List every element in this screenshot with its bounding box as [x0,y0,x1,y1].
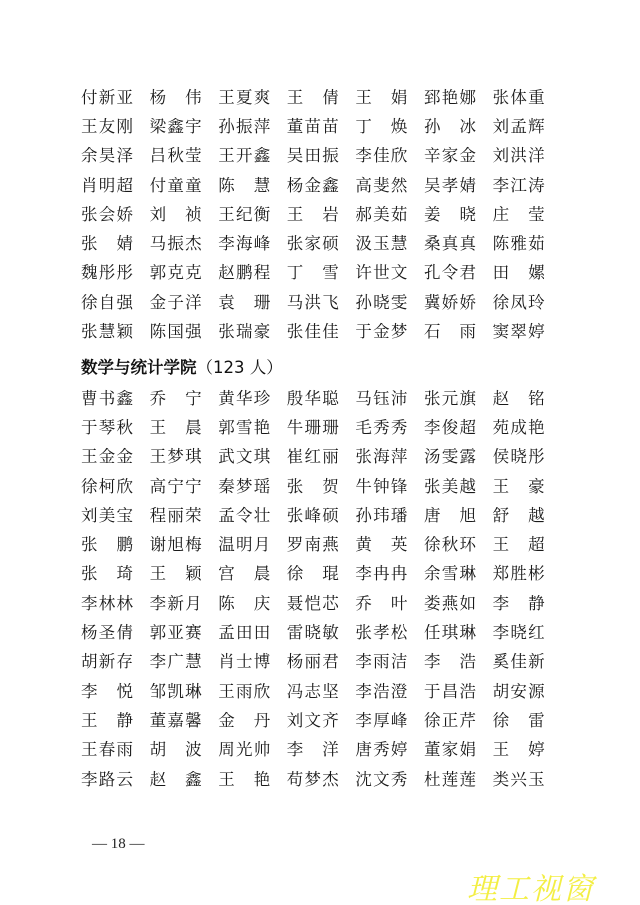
person-name: 李悦 [81,682,150,702]
person-name: 张瑞豪 [218,322,287,342]
person-name: 于金梦 [355,322,424,342]
person-name: 李静 [493,594,562,614]
person-name: 徐自强 [81,293,150,313]
person-name: 李路云 [81,770,150,790]
person-name: 黄华珍 [218,389,287,409]
person-name: 郑胜彬 [493,564,562,584]
person-name: 唐秀婷 [355,740,424,760]
person-name: 谢旭梅 [150,535,219,555]
person-name: 刘孟辉 [493,117,562,137]
person-name: 张孝松 [355,623,424,643]
person-name: 张家硕 [287,234,356,254]
person-name: 余昊泽 [81,146,150,166]
person-name: 王婷 [493,740,562,760]
name-row: 李林林李新月陈庆聂恺芯乔叶娄燕如李静 [81,589,561,618]
person-name: 宫晨 [218,564,287,584]
person-name: 张婧 [81,234,150,254]
person-name: 郭亚赛 [150,623,219,643]
name-row: 张婧马振杰李海峰张家硕汲玉慧桑真真陈雅茹 [81,229,561,258]
person-name: 秦梦瑶 [218,477,287,497]
person-name: 王开鑫 [218,146,287,166]
person-name: 沈文秀 [355,770,424,790]
person-name: 侯晓彤 [493,447,562,467]
person-name: 苑成艳 [493,418,562,438]
person-name: 郭克克 [150,263,219,283]
person-name: 雷晓敏 [287,623,356,643]
person-name: 王纪衡 [218,205,287,225]
person-name: 李洋 [287,740,356,760]
person-name: 张体重 [493,88,562,108]
person-name: 唐旭 [424,506,493,526]
person-name: 张美越 [424,477,493,497]
person-name: 汤雯露 [424,447,493,467]
person-name: 袁珊 [218,293,287,313]
person-name: 邹凯琳 [150,682,219,702]
person-name: 高斐然 [355,176,424,196]
person-name: 李新月 [150,594,219,614]
name-row: 王静董嘉馨金丹刘文齐李厚峰徐正芹徐雷 [81,706,561,735]
person-name: 赵鑫 [150,770,219,790]
person-name: 李俊超 [424,418,493,438]
person-name: 胡安源 [493,682,562,702]
person-name: 李江涛 [493,176,562,196]
person-name: 刘洪洋 [493,146,562,166]
person-name: 孔令君 [424,263,493,283]
person-name: 聂恺芯 [287,594,356,614]
name-row: 肖明超付童童陈慧杨金鑫高斐然吴孝婧李江涛 [81,171,561,200]
person-name: 曹书鑫 [81,389,150,409]
person-name: 黄英 [355,535,424,555]
person-name: 杨伟 [150,88,219,108]
person-name: 王岩 [287,205,356,225]
person-name: 肖士博 [218,652,287,672]
person-name: 孟令壮 [218,506,287,526]
person-name: 杨圣倩 [81,623,150,643]
person-name: 陈慧 [218,176,287,196]
person-name: 冀娇娇 [424,293,493,313]
person-name: 徐秋环 [424,535,493,555]
person-name: 丁焕 [355,117,424,137]
person-name: 庄莹 [493,205,562,225]
person-name: 孙振萍 [218,117,287,137]
person-name: 王颖 [150,564,219,584]
person-name: 桑真真 [424,234,493,254]
person-name: 高宁宁 [150,477,219,497]
person-name: 马钰沛 [355,389,424,409]
person-name: 徐琨 [287,564,356,584]
person-name: 王娟 [355,88,424,108]
person-name: 李广慧 [150,652,219,672]
name-row: 徐柯欣高宁宁秦梦瑶张贺牛钟锋张美越王豪 [81,472,561,501]
person-name: 王豪 [493,477,562,497]
person-name: 董嘉馨 [150,711,219,731]
person-name: 付新亚 [81,88,150,108]
person-name: 王倩 [287,88,356,108]
name-row: 魏彤彤郭克克赵鹏程丁雪许世文孔令君田嫘 [81,259,561,288]
person-name: 刘美宝 [81,506,150,526]
person-name: 于昌浩 [424,682,493,702]
person-name: 崔红丽 [287,447,356,467]
person-name: 马洪飞 [287,293,356,313]
person-name: 张海萍 [355,447,424,467]
person-name: 王静 [81,711,150,731]
person-name: 刘文齐 [287,711,356,731]
person-name: 石雨 [424,322,493,342]
person-name: 杨金鑫 [287,176,356,196]
person-name: 张会娇 [81,205,150,225]
person-name: 奚佳新 [493,652,562,672]
person-name: 徐柯欣 [81,477,150,497]
name-row: 胡新存李广慧肖士博杨丽君李雨洁李浩奚佳新 [81,648,561,677]
name-row: 余昊泽吕秋莹王开鑫吴田振李佳欣辛家金刘洪洋 [81,142,561,171]
person-name: 徐雷 [493,711,562,731]
document-page: 付新亚杨伟王夏爽王倩王娟郅艳娜张体重王友刚梁鑫宇孙振萍董苗苗丁焕孙冰刘孟辉余昊泽… [0,0,640,905]
person-name: 董家娟 [424,740,493,760]
person-name: 冯志坚 [287,682,356,702]
person-name: 郅艳娜 [424,88,493,108]
person-name: 孙玮璠 [355,506,424,526]
name-row: 李悦邹凯琳王雨欣冯志坚李浩澄于昌浩胡安源 [81,677,561,706]
person-name: 周光帅 [218,740,287,760]
person-name: 吴田振 [287,146,356,166]
person-name: 赵铭 [493,389,562,409]
person-name: 武文琪 [218,447,287,467]
person-name: 王春雨 [81,740,150,760]
person-name: 程丽荣 [150,506,219,526]
person-name: 乔宁 [150,389,219,409]
person-name: 汲玉慧 [355,234,424,254]
person-name: 金子洋 [150,293,219,313]
person-name: 张慧颖 [81,322,150,342]
person-name: 杨丽君 [287,652,356,672]
section-heading: 数学与统计学院（123 人） [81,355,283,381]
person-name: 丁雪 [287,263,356,283]
person-name: 王艳 [218,770,287,790]
person-name: 李林林 [81,594,150,614]
person-name: 马振杰 [150,234,219,254]
person-name: 赵鹏程 [218,263,287,283]
person-name: 梁鑫宇 [150,117,219,137]
person-name: 吴孝婧 [424,176,493,196]
page-number: — 18 — [92,836,145,853]
person-name: 王超 [493,535,562,555]
person-name: 陈国强 [150,322,219,342]
person-name: 张佳佳 [287,322,356,342]
person-name: 田嫘 [493,263,562,283]
person-name: 王晨 [150,418,219,438]
name-row: 徐自强金子洋袁珊马洪飞孙晓雯冀娇娇徐凤玲 [81,288,561,317]
person-name: 李晓红 [493,623,562,643]
person-name: 李厚峰 [355,711,424,731]
person-name: 辛家金 [424,146,493,166]
person-name: 陈庆 [218,594,287,614]
person-name: 乔叶 [355,594,424,614]
person-name: 郭雪艳 [218,418,287,438]
person-name: 孙冰 [424,117,493,137]
person-name: 苟梦杰 [287,770,356,790]
person-name: 李浩 [424,652,493,672]
person-name: 董苗苗 [287,117,356,137]
member-count: （123 人） [197,358,283,377]
person-name: 李浩澄 [355,682,424,702]
person-name: 李冉冉 [355,564,424,584]
person-name: 金丹 [218,711,287,731]
person-name: 温明月 [218,535,287,555]
person-name: 舒越 [493,506,562,526]
person-name: 牛珊珊 [287,418,356,438]
watermark-logo: 理工视窗 [467,864,595,905]
name-row: 曹书鑫乔宁黄华珍殷华聪马钰沛张元旗赵铭 [81,384,561,413]
name-row: 张鹏谢旭梅温明月罗南燕黄英徐秋环王超 [81,530,561,559]
person-name: 罗南燕 [287,535,356,555]
person-name: 许世文 [355,263,424,283]
person-name: 李雨洁 [355,652,424,672]
person-name: 于琴秋 [81,418,150,438]
person-name: 魏彤彤 [81,263,150,283]
person-name: 王友刚 [81,117,150,137]
person-name: 徐正芹 [424,711,493,731]
person-name: 王夏爽 [218,88,287,108]
person-name: 毛秀秀 [355,418,424,438]
person-name: 孟田田 [218,623,287,643]
person-name: 胡波 [150,740,219,760]
person-name: 牛钟锋 [355,477,424,497]
name-row: 张慧颖陈国强张瑞豪张佳佳于金梦石雨窦翠婷 [81,317,561,346]
person-name: 任琪琳 [424,623,493,643]
person-name: 王金金 [81,447,150,467]
person-name: 张元旗 [424,389,493,409]
person-name: 余雪琳 [424,564,493,584]
name-row: 付新亚杨伟王夏爽王倩王娟郅艳娜张体重 [81,83,561,112]
name-row: 王友刚梁鑫宇孙振萍董苗苗丁焕孙冰刘孟辉 [81,112,561,141]
person-name: 徐凤玲 [493,293,562,313]
person-name: 姜晓 [424,205,493,225]
name-row: 李路云赵鑫王艳苟梦杰沈文秀杜莲莲类兴玉 [81,765,561,794]
person-name: 肖明超 [81,176,150,196]
person-name: 李佳欣 [355,146,424,166]
person-name: 陈雅茹 [493,234,562,254]
person-name: 娄燕如 [424,594,493,614]
name-row: 张琦王颖宫晨徐琨李冉冉余雪琳郑胜彬 [81,560,561,589]
person-name: 窦翠婷 [493,322,562,342]
name-row: 张会娇刘祯王纪衡王岩郝美茹姜晓庄莹 [81,200,561,229]
person-name: 张鹏 [81,535,150,555]
person-name: 类兴玉 [493,770,562,790]
name-row: 刘美宝程丽荣孟令壮张峰硕孙玮璠唐旭舒越 [81,501,561,530]
person-name: 王雨欣 [218,682,287,702]
name-list-section-1: 付新亚杨伟王夏爽王倩王娟郅艳娜张体重王友刚梁鑫宇孙振萍董苗苗丁焕孙冰刘孟辉余昊泽… [81,83,561,347]
person-name: 刘祯 [150,205,219,225]
name-list-section-2: 曹书鑫乔宁黄华珍殷华聪马钰沛张元旗赵铭于琴秋王晨郭雪艳牛珊珊毛秀秀李俊超苑成艳王… [81,384,561,794]
person-name: 杜莲莲 [424,770,493,790]
person-name: 付童童 [150,176,219,196]
college-name: 数学与统计学院 [81,358,197,377]
person-name: 张贺 [287,477,356,497]
person-name: 殷华聪 [287,389,356,409]
person-name: 孙晓雯 [355,293,424,313]
person-name: 李海峰 [218,234,287,254]
person-name: 王梦琪 [150,447,219,467]
name-row: 于琴秋王晨郭雪艳牛珊珊毛秀秀李俊超苑成艳 [81,413,561,442]
name-row: 杨圣倩郭亚赛孟田田雷晓敏张孝松任琪琳李晓红 [81,618,561,647]
name-row: 王春雨胡波周光帅李洋唐秀婷董家娟王婷 [81,736,561,765]
person-name: 张琦 [81,564,150,584]
person-name: 张峰硕 [287,506,356,526]
person-name: 胡新存 [81,652,150,672]
person-name: 吕秋莹 [150,146,219,166]
person-name: 郝美茹 [355,205,424,225]
name-row: 王金金王梦琪武文琪崔红丽张海萍汤雯露侯晓彤 [81,443,561,472]
